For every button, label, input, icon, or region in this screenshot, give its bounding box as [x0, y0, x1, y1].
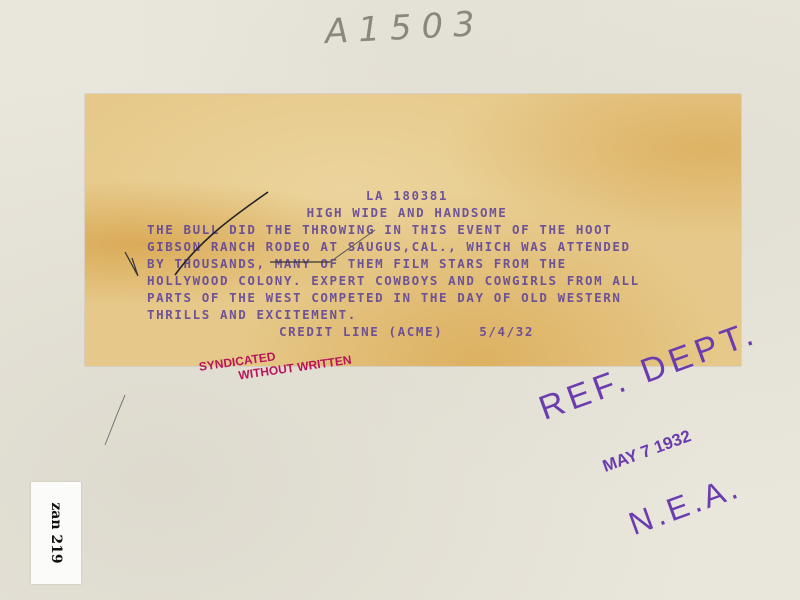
ref-dept-stamp-org: N.E.A.	[624, 468, 746, 543]
caption-line: PARTS OF THE WEST COMPETED IN THE DAY OF…	[147, 289, 667, 306]
pencil-reference-number: A1503	[324, 4, 486, 52]
caption-text: LA 180381HIGH WIDE AND HANDSOMETHE BULL …	[147, 187, 667, 340]
ref-dept-stamp: REF. DEPT. MAY 7 1932 N.E.A.	[528, 358, 788, 528]
caption-headline: HIGH WIDE AND HANDSOME	[147, 204, 667, 221]
caption-line: GIBSON RANCH RODEO AT SAUGUS,CAL., WHICH…	[147, 238, 667, 255]
archive-label-text: zan 219	[48, 502, 64, 563]
archive-label: zan 219	[31, 482, 81, 584]
caption-id: LA 180381	[147, 187, 667, 204]
caption-line: THRILLS AND EXCITEMENT.	[147, 306, 667, 323]
caption-slip: LA 180381HIGH WIDE AND HANDSOMETHE BULL …	[85, 94, 741, 366]
caption-line: THE BULL DID THE THROWING IN THIS EVENT …	[147, 221, 667, 238]
caption-line: HOLLYWOOD COLONY. EXPERT COWBOYS AND COW…	[147, 272, 667, 289]
caption-date: 5/4/32	[479, 324, 534, 339]
ref-dept-stamp-date: MAY 7 1932	[600, 426, 694, 476]
caption-credit: CREDIT LINE (ACME)	[279, 324, 443, 339]
caption-line: BY THOUSANDS, MANY OF THEM FILM STARS FR…	[147, 255, 667, 272]
caption-credit-row: CREDIT LINE (ACME)5/4/32	[147, 323, 667, 340]
